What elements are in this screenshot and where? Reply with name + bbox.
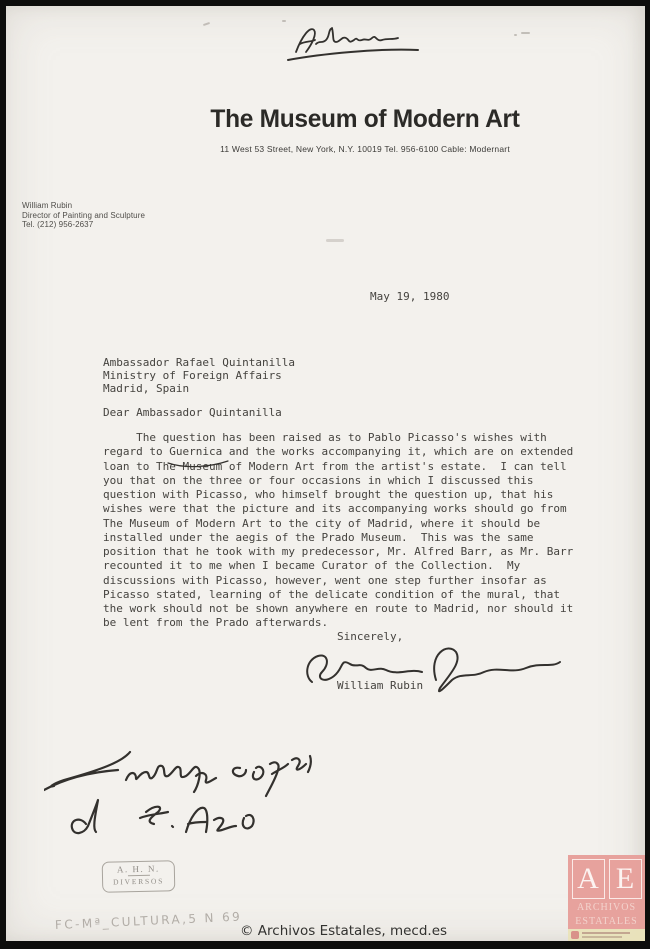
logo-strip-emblem-icon [571, 931, 579, 939]
letter-date: May 19, 1980 [370, 290, 449, 303]
sender-block: William Rubin Director of Painting and S… [22, 201, 145, 230]
scan-speck [203, 22, 210, 26]
logo-strip-textline [582, 932, 630, 934]
archivos-estatales-logo: A E ARCHIVOS ESTATALES [568, 855, 645, 941]
handwriting-ink-icon [44, 748, 329, 860]
salutation: Dear Ambassador Quintanilla [103, 406, 282, 419]
stamp-line2: DIVERSOS [103, 876, 174, 886]
logo-letter-a: A [572, 859, 605, 899]
typed-signature-name: William Rubin [337, 679, 423, 692]
letterhead: The Museum of Modern Art 11 West 53 Stre… [155, 105, 575, 154]
logo-archivos-label: ARCHIVOS [568, 902, 645, 913]
pencil-reference: FC-Mª_CULTURA,5 N 69 [55, 910, 243, 932]
sender-phone: Tel. (212) 956-2637 [22, 220, 145, 230]
scanned-letter-frame: The Museum of Modern Art 11 West 53 Stre… [0, 0, 650, 949]
museum-address: 11 West 53 Street, New York, N.Y. 10019 … [155, 144, 575, 154]
scan-smudge [326, 239, 344, 242]
logo-strip-textline [582, 936, 622, 938]
logo-initials: A E [568, 855, 645, 899]
guernica-underline [166, 457, 230, 468]
scan-speck [514, 34, 517, 36]
logo-estatales-label: ESTATALES [568, 916, 645, 927]
letter-paper: The Museum of Modern Art 11 West 53 Stre… [6, 6, 645, 941]
signature-ink-icon [295, 640, 575, 712]
stamp-line1: A. H. N. [103, 863, 174, 874]
scan-speck [521, 32, 530, 34]
museum-title: The Museum of Modern Art [159, 105, 571, 134]
handwritten-archive-note [280, 14, 430, 70]
william-rubin-signature [295, 640, 575, 712]
handwritten-copy-note [44, 748, 329, 860]
ahn-diversos-stamp: A. H. N. DIVERSOS [102, 860, 176, 893]
watermark-caption: © Archivos Estatales, mecd.es [240, 923, 447, 939]
sender-title: Director of Painting and Sculpture [22, 211, 145, 221]
recipient-address: Ambassador Rafael Quintanilla Ministry o… [103, 356, 295, 396]
logo-letter-e: E [609, 859, 642, 899]
handwriting-ink-icon [280, 14, 430, 70]
sender-name: William Rubin [22, 201, 145, 211]
logo-footer-strip [568, 929, 645, 941]
